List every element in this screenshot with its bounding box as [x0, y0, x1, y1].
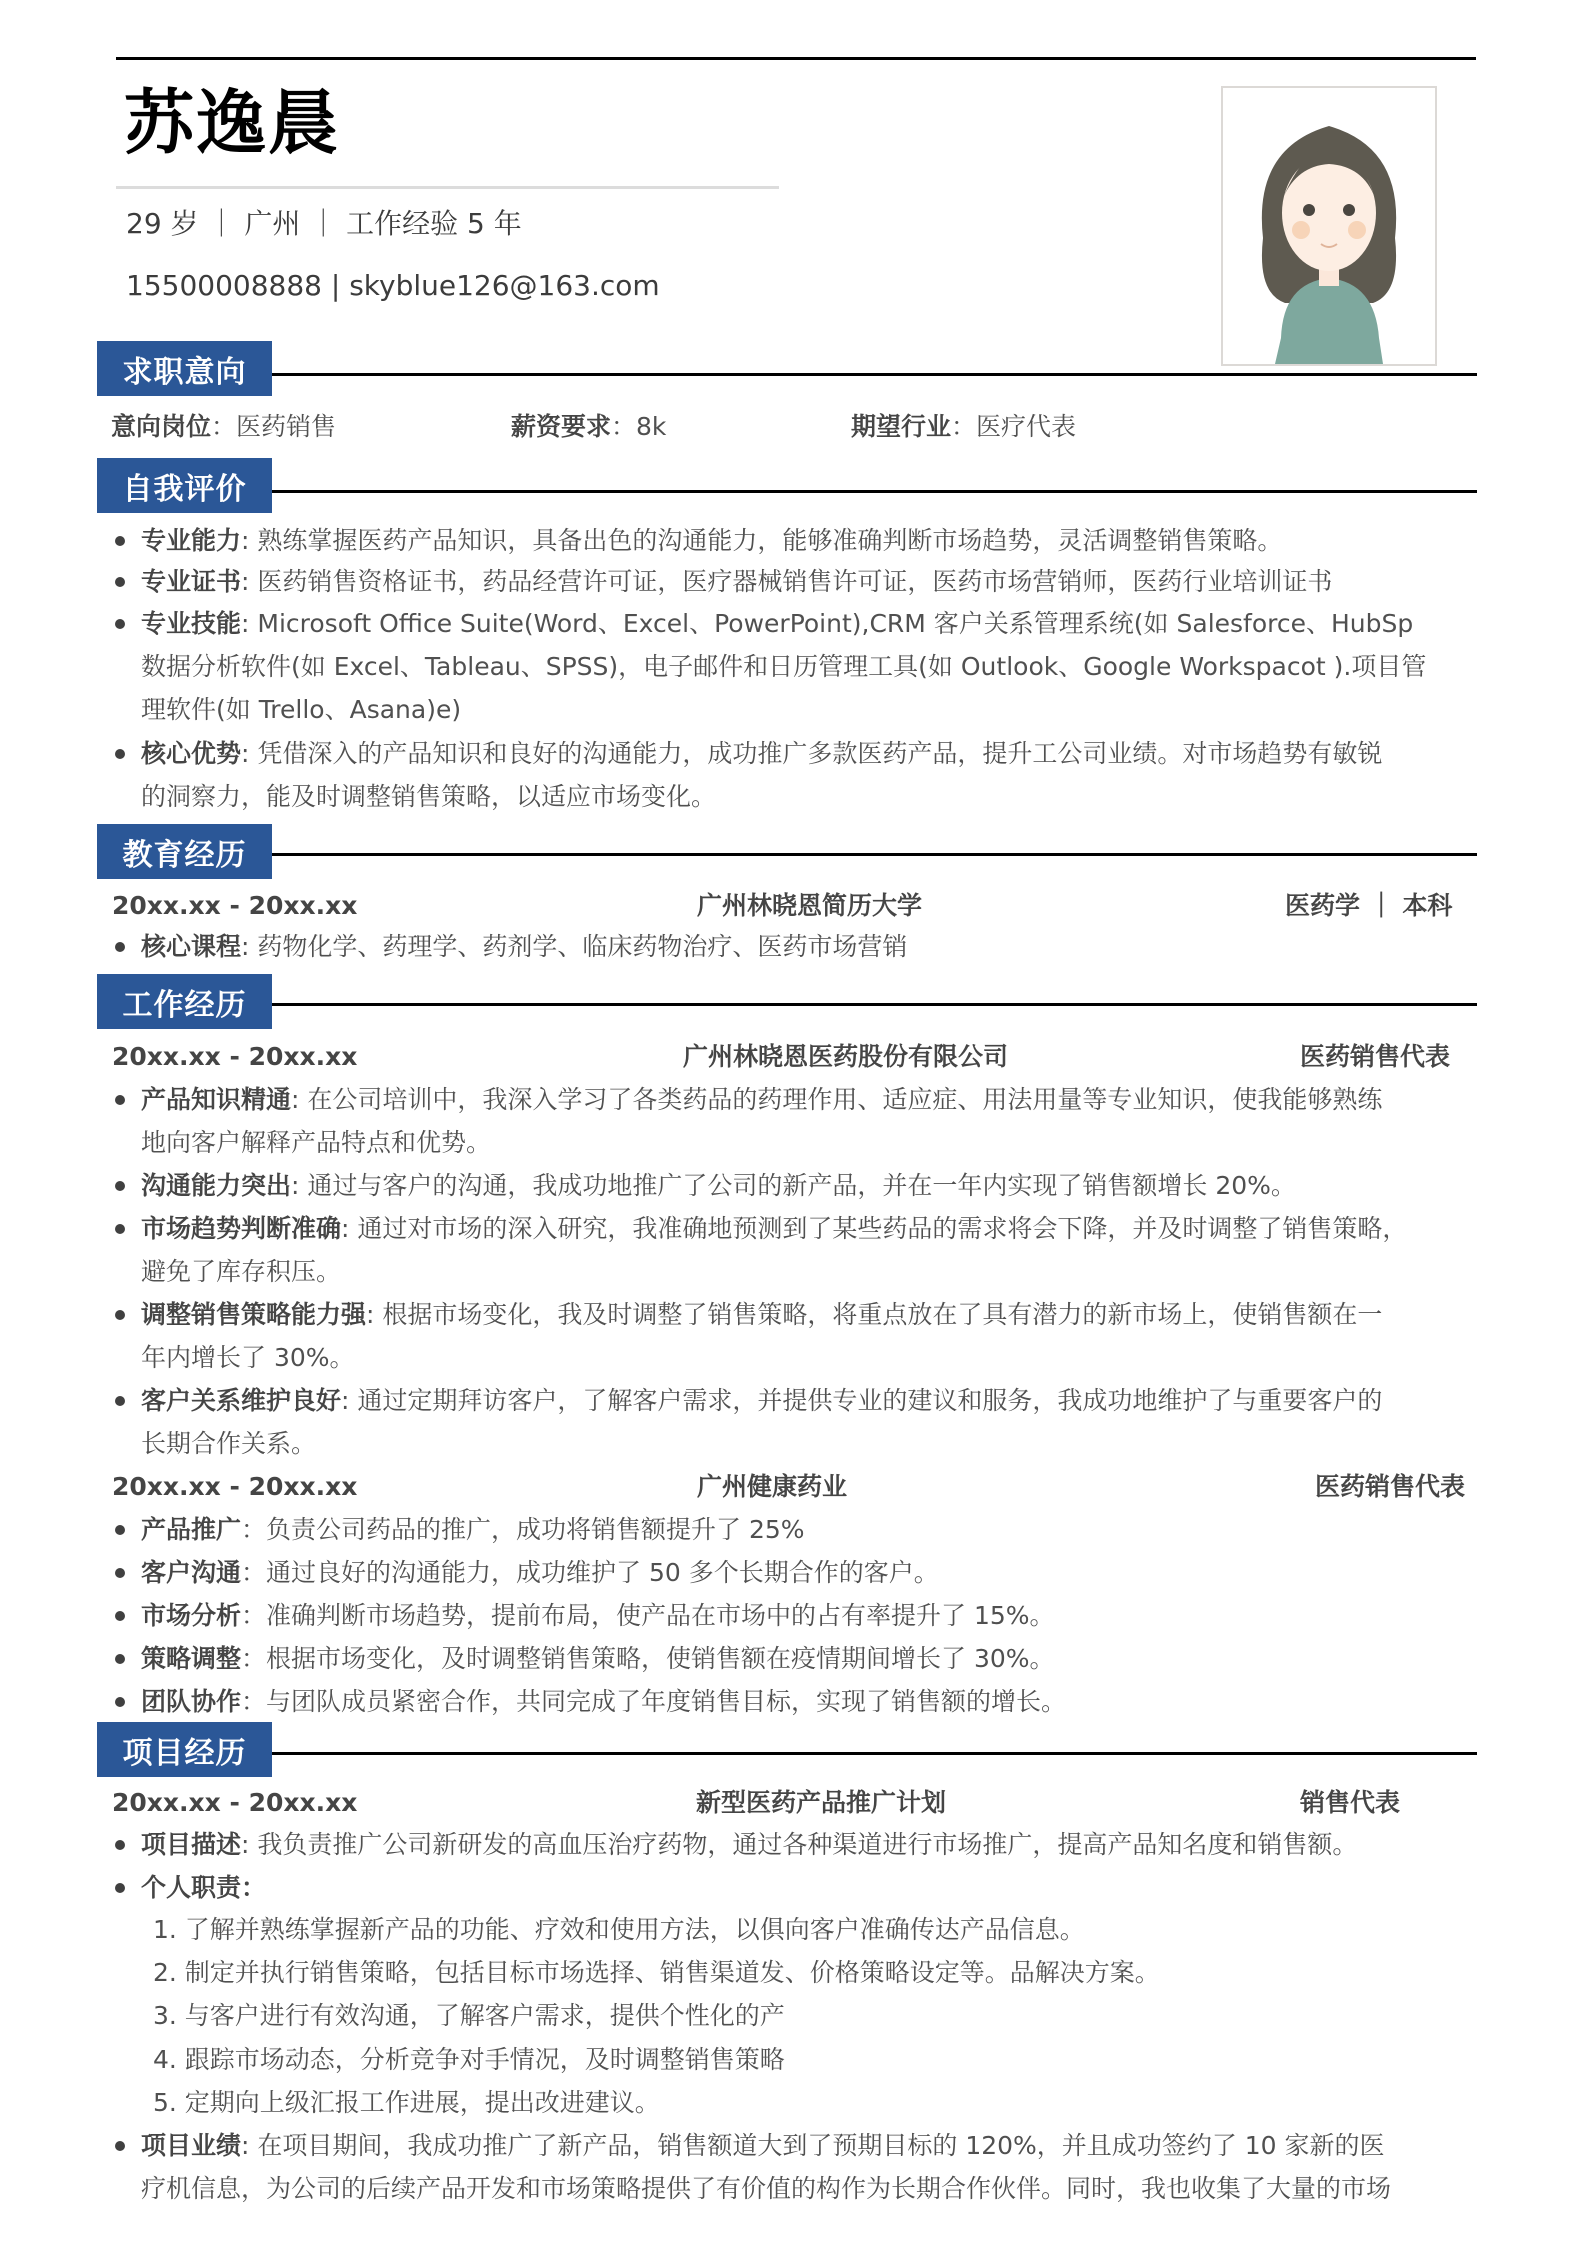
section-rule — [272, 1003, 1477, 1006]
section-header-projects: 项目经历 — [97, 1722, 272, 1777]
bullet-icon — [115, 1525, 125, 1535]
job-item-cont: 年内增长了 30%。 — [141, 1345, 355, 1370]
bullet-icon — [115, 1568, 125, 1578]
job-item: 调整销售策略能力强: 根据市场变化，我及时调整了销售策略，将重点放在了具有潜力的… — [141, 1302, 1382, 1327]
bullet-icon — [115, 1840, 125, 1850]
edu-degree: 医药学 ｜ 本科 — [1285, 893, 1452, 918]
self-eval-item-cont: 数据分析软件(如 Excel、Tableau、SPSS)，电子邮件和日历管理工具… — [141, 654, 1426, 679]
edu-period: 20xx.xx - 20xx.xx — [112, 893, 357, 918]
job-position: 医药销售代表 — [1315, 1474, 1465, 1499]
job-period: 20xx.xx - 20xx.xx — [112, 1044, 357, 1069]
project-duty-item: 1. 了解并熟练掌握新产品的功能、疗效和使用方法，以俱向客户准确传达产品信息。 — [153, 1917, 1085, 1942]
top-rule — [116, 57, 1476, 60]
project-duty-item: 4. 跟踪市场动态，分析竞争对手情况，及时调整销售策略 — [153, 2047, 785, 2072]
project-duty-item: 2. 制定并执行销售策略，包括目标市场选择、销售渠道发、价格策略设定等。品解决方… — [153, 1960, 1160, 1985]
profile-photo — [1221, 86, 1437, 366]
edu-courses: 核心课程: 药物化学、药理学、药剂学、临床药物治疗、医药市场营销 — [141, 934, 907, 959]
section-header-intent: 求职意向 — [97, 341, 272, 396]
job-item-cont: 地向客户解释产品特点和优势。 — [141, 1130, 491, 1155]
project-duty-item: 5. 定期向上级汇报工作进展，提出改进建议。 — [153, 2090, 660, 2115]
job-company: 广州健康药业 — [697, 1474, 847, 1499]
job-period: 20xx.xx - 20xx.xx — [112, 1474, 357, 1499]
project-role: 销售代表 — [1300, 1790, 1400, 1815]
self-eval-item: 专业技能: Microsoft Office Suite(Word、Excel、… — [141, 611, 1413, 636]
job-item: 客户沟通：通过良好的沟通能力，成功维护了 50 多个长期合作的客户。 — [141, 1560, 939, 1585]
bullet-icon — [115, 1396, 125, 1406]
edu-school: 广州林晓恩简历大学 — [697, 893, 922, 918]
job-item-cont: 避免了库存积压。 — [141, 1259, 341, 1284]
project-results: 项目业绩: 在项目期间，我成功推广了新产品，销售额道大到了预期目标的 120%，… — [141, 2133, 1385, 2158]
bullet-icon — [115, 2141, 125, 2151]
self-eval-item-cont: 的洞察力，能及时调整销售策略，以适应市场变化。 — [141, 784, 716, 809]
bullet-icon — [115, 577, 125, 587]
intent-industry: 期望行业：医疗代表 — [851, 414, 1076, 439]
bullet-icon — [115, 536, 125, 546]
bullet-icon — [115, 1654, 125, 1664]
job-company: 广州林晓恩医药股份有限公司 — [683, 1044, 1008, 1069]
self-eval-item: 专业证书: 医药销售资格证书，药品经营许可证，医疗器械销售许可证，医药市场营销师… — [141, 569, 1332, 594]
bullet-icon — [115, 942, 125, 952]
bullet-icon — [115, 1883, 125, 1893]
section-rule — [272, 1752, 1477, 1755]
section-rule — [272, 490, 1477, 493]
self-eval-item: 专业能力: 熟练掌握医药产品知识，具备出色的沟通能力，能够准确判断市场趋势，灵活… — [141, 528, 1282, 553]
job-item: 沟通能力突出: 通过与客户的沟通，我成功地推广了公司的新产品，并在一年内实现了销… — [141, 1173, 1296, 1198]
basic-info: 29 岁 ｜ 广州 ｜ 工作经验 5 年 — [126, 210, 522, 238]
section-header-work: 工作经历 — [97, 974, 272, 1029]
section-rule — [272, 373, 1477, 376]
job-item: 产品推广：负责公司药品的推广，成功将销售额提升了 25% — [141, 1517, 805, 1542]
bullet-icon — [115, 749, 125, 759]
section-rule — [272, 853, 1477, 856]
job-item: 策略调整：根据市场变化，及时调整销售策略，使销售额在疫情期间增长了 30%。 — [141, 1646, 1055, 1671]
self-eval-item-cont: 理软件(如 Trello、Asana)e) — [141, 697, 461, 722]
job-position: 医药销售代表 — [1300, 1044, 1450, 1069]
job-item: 产品知识精通: 在公司培训中，我深入学习了各类药品的药理作用、适应症、用法用量等… — [141, 1087, 1382, 1112]
bullet-icon — [115, 619, 125, 629]
job-item: 市场趋势判断准确: 通过对市场的深入研究，我准确地预测到了某些药品的需求将会下降… — [141, 1216, 1407, 1241]
name-divider — [116, 186, 779, 189]
intent-position: 意向岗位：医药销售 — [111, 414, 336, 439]
bullet-icon — [115, 1224, 125, 1234]
contact-info: 15500008888 | skyblue126@163.com — [126, 272, 660, 300]
candidate-name: 苏逸晨 — [124, 88, 340, 158]
job-item-cont: 长期合作关系。 — [141, 1431, 316, 1456]
job-item: 市场分析：准确判断市场趋势，提前布局，使产品在市场中的占有率提升了 15%。 — [141, 1603, 1055, 1628]
self-eval-item: 核心优势: 凭借深入的产品知识和良好的沟通能力，成功推广多款医药产品，提升工公司… — [141, 741, 1382, 766]
bullet-icon — [115, 1095, 125, 1105]
project-duties-label: 个人职责： — [141, 1875, 266, 1900]
avatar-illustration-icon — [1223, 88, 1435, 364]
project-description: 项目描述: 我负责推广公司新研发的高血压治疗药物，通过各种渠道进行市场推广，提高… — [141, 1832, 1357, 1857]
section-header-self-eval: 自我评价 — [97, 458, 272, 513]
project-period: 20xx.xx - 20xx.xx — [112, 1790, 357, 1815]
job-item: 客户关系维护良好: 通过定期拜访客户，了解客户需求，并提供专业的建议和服务，我成… — [141, 1388, 1382, 1413]
project-duty-item: 3. 与客户进行有效沟通，了解客户需求，提供个性化的产 — [153, 2003, 785, 2028]
section-header-education: 教育经历 — [97, 824, 272, 879]
project-results-cont: 疗机信息，为公司的后续产品开发和市场策略提供了有价值的构作为长期合作伙伴。同时，… — [141, 2176, 1391, 2201]
bullet-icon — [115, 1697, 125, 1707]
project-name: 新型医药产品推广计划 — [696, 1790, 946, 1815]
bullet-icon — [115, 1181, 125, 1191]
bullet-icon — [115, 1310, 125, 1320]
bullet-icon — [115, 1611, 125, 1621]
intent-salary: 薪资要求：8k — [511, 414, 666, 439]
job-item: 团队协作：与团队成员紧密合作，共同完成了年度销售目标，实现了销售额的增长。 — [141, 1689, 1066, 1714]
